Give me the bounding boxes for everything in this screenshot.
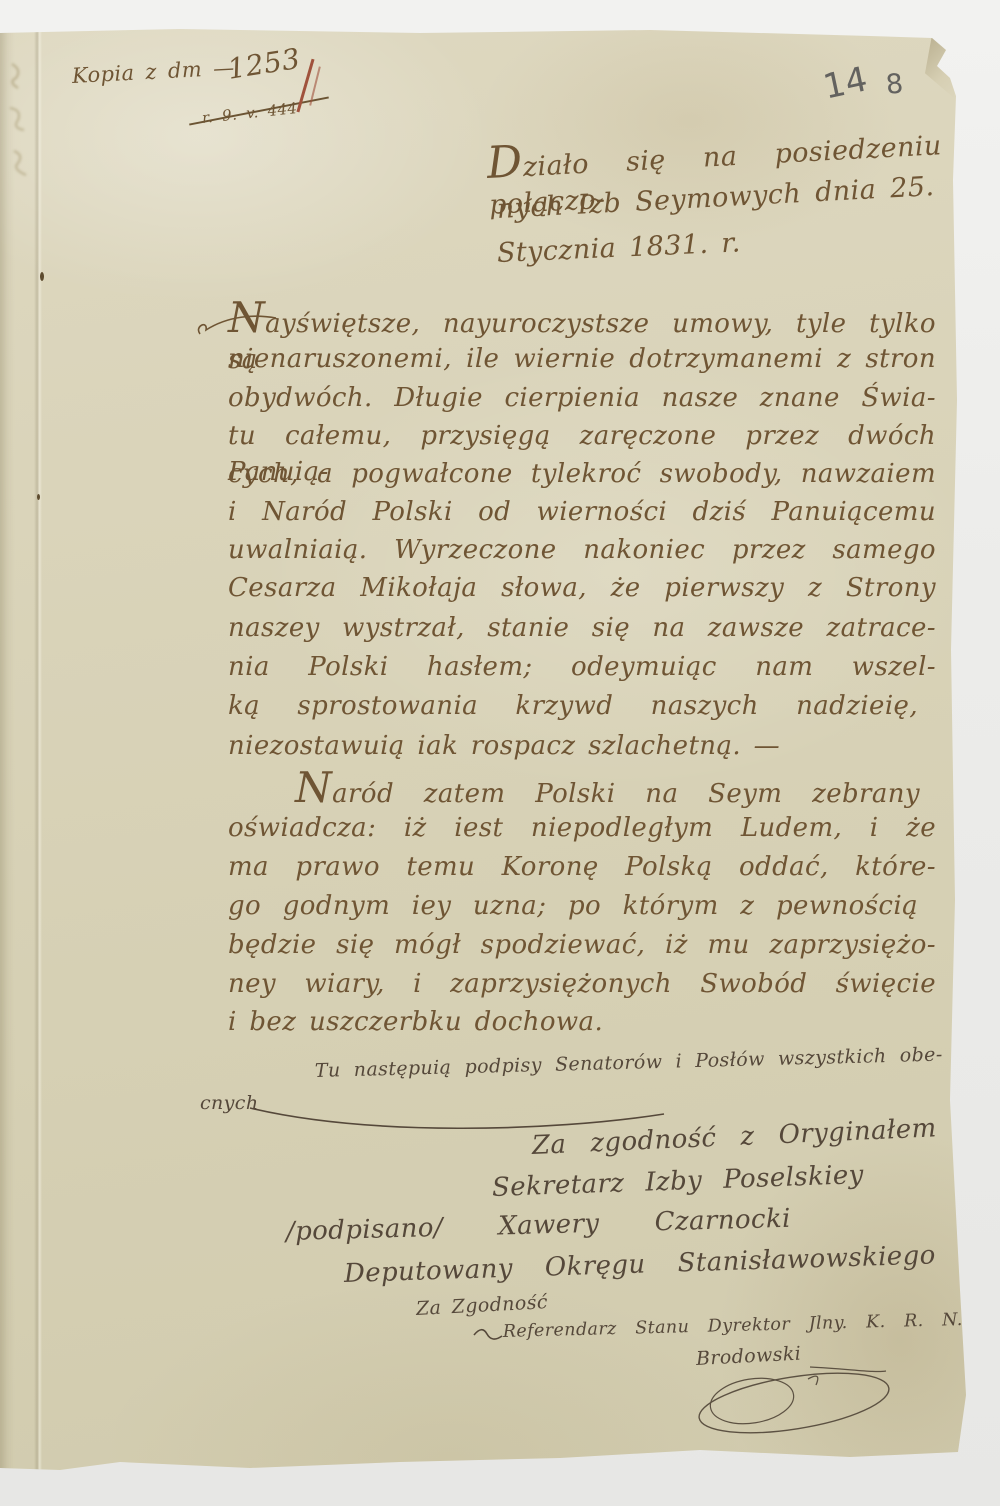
body-line: go godnym iey uzna; po którym z pewności… — [228, 888, 918, 926]
fold-crease — [34, 30, 42, 1470]
copy-note: Kopia z dm — — [71, 50, 235, 94]
body-line: nia Polski hasłem; odeymuiąc nam wszel- — [228, 649, 936, 687]
body-line: tu całemu, przysięgą zaręczone przez dwó… — [228, 418, 936, 456]
signature-paraph — [690, 1355, 900, 1445]
body-line: ney wiary, i zaprzysiężonych Swobód świę… — [228, 966, 936, 1004]
body-line: i bez uszczerbku dochowa. — [228, 1004, 603, 1040]
body-line: oświadcza: iż iest niepodległym Ludem, i… — [228, 810, 936, 848]
body-line: Cesarza Mikołaja słowa, że pierwszy z St… — [228, 570, 936, 608]
body-line: nienaruszonemi, ile wiernie dotrzymanemi… — [228, 341, 936, 379]
heading-line: Stycznia 1831. r. — [496, 225, 741, 272]
pencil-folio-number-alt: 8 — [884, 66, 905, 104]
body-line: Nayświętsze, nayuroczystsze umowy, tyle … — [228, 300, 936, 338]
subscription-line: Tu następuią podpisy Senatorów i Posłów … — [315, 1042, 944, 1096]
copy-number: 1253 — [225, 41, 303, 88]
ink-speck — [37, 494, 40, 500]
bleed-through-marks — [4, 56, 44, 186]
scan-background: Kopia z dm — 1253 r. 9. v. 444 14 8 Dzia… — [0, 0, 1000, 1506]
body-line: ma prawo temu Koronę Polską oddać, które… — [228, 849, 936, 887]
copy-note-sub: r. 9. v. 444 — [200, 90, 299, 136]
second-conformity: Za Zgodność — [415, 1289, 548, 1322]
body-line: będzie się mógł spodziewać, iż mu zaprzy… — [228, 927, 936, 965]
body-line: cych, a pogwałcone tylekroć swobody, naw… — [228, 456, 936, 494]
manuscript-page: Kopia z dm — 1253 r. 9. v. 444 14 8 Dzia… — [0, 0, 1000, 1506]
torn-corner-shading — [925, 36, 959, 98]
body-line: i Naród Polski od wierności dziś Panuiąc… — [228, 494, 936, 532]
body-line: niezostawuią iak rospacz szlachetną. — — [228, 728, 780, 764]
pencil-folio-number: 14 — [820, 61, 871, 105]
body-line: ką sprostowania krzywd naszych nadzieię, — [228, 688, 918, 726]
body-line: obydwóch. Długie cierpienia nasze znane … — [228, 380, 936, 418]
body-line: naszey wystrzał, stanie się na zawsze za… — [228, 610, 936, 648]
ink-speck — [40, 272, 44, 281]
body-line: Naród zatem Polski na Seym zebrany — [295, 770, 920, 808]
body-line: uwalniaią. Wyrzeczone nakoniec przez sam… — [228, 532, 936, 570]
